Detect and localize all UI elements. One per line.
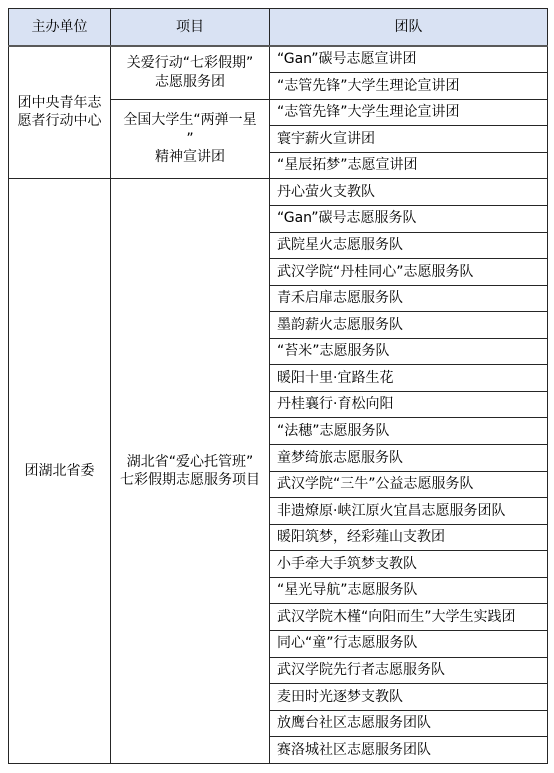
header-team: 团队 [270, 9, 548, 46]
team-cell: 小手牵大手筑梦支教队 [270, 551, 548, 578]
team-cell: 童梦绮旅志愿服务队 [270, 445, 548, 472]
team-cell: 丹桂襄行·育松向阳 [270, 391, 548, 418]
project-cell-liangdan-yixing: 全国大学生“两弹一星 ” 精神宣讲团 [111, 99, 270, 179]
team-cell: “星辰拓梦”志愿宣讲团 [270, 152, 548, 179]
team-cell: 寰宇薪火宣讲团 [270, 126, 548, 153]
team-cell: “Gan”碳号志愿宣讲团 [270, 46, 548, 73]
table-row: 团湖北省委 湖北省“爱心托管班” 七彩假期志愿服务项目 丹心萤火支教队 [9, 179, 548, 206]
organizer-project-team-table: 主办单位 项目 团队 团中央青年志 愿者行动中心 关爱行动“七彩假期” 志愿服务… [8, 8, 548, 764]
project-cell-aixin-tuoguan: 湖北省“爱心托管班” 七彩假期志愿服务项目 [111, 179, 270, 764]
team-cell: 武院星火志愿服务队 [270, 232, 548, 259]
table-row: 团中央青年志 愿者行动中心 关爱行动“七彩假期” 志愿服务团 “Gan”碳号志愿… [9, 46, 548, 73]
header-organizer: 主办单位 [9, 9, 111, 46]
team-cell: 麦田时光逐梦支教队 [270, 684, 548, 711]
team-cell: 暖阳筑梦，经彩薤山支教团 [270, 524, 548, 551]
team-cell: 武汉学院木槿“向阳而生”大学生实践团 [270, 604, 548, 631]
team-cell: 武汉学院“丹桂同心”志愿服务队 [270, 259, 548, 286]
team-cell: “Gan”碳号志愿服务队 [270, 205, 548, 232]
team-cell: 非遗燎原·峡江原火宜昌志愿服务团队 [270, 498, 548, 525]
team-cell: “法穗”志愿服务队 [270, 418, 548, 445]
team-cell: 赛洛城社区志愿服务团队 [270, 737, 548, 764]
team-cell: “志管先锋”大学生理论宣讲团 [270, 99, 548, 126]
team-cell: 暖阳十里·宜路生花 [270, 365, 548, 392]
team-cell: 武汉学院“三牛”公益志愿服务队 [270, 471, 548, 498]
organizer-cell-central: 团中央青年志 愿者行动中心 [9, 46, 111, 179]
team-cell: 青禾启扉志愿服务队 [270, 285, 548, 312]
team-cell: 同心“童”行志愿服务队 [270, 630, 548, 657]
team-cell: “星光导航”志愿服务队 [270, 577, 548, 604]
organizer-cell-hubei: 团湖北省委 [9, 179, 111, 764]
team-cell: 放鹰台社区志愿服务团队 [270, 710, 548, 737]
team-cell: 武汉学院先行者志愿服务队 [270, 657, 548, 684]
document-page: 主办单位 项目 团队 团中央青年志 愿者行动中心 关爱行动“七彩假期” 志愿服务… [0, 0, 554, 773]
project-cell-qicai-jiaqi: 关爱行动“七彩假期” 志愿服务团 [111, 46, 270, 100]
team-cell: 丹心萤火支教队 [270, 179, 548, 206]
header-project: 项目 [111, 9, 270, 46]
header-row: 主办单位 项目 团队 [9, 9, 548, 46]
team-cell: “志管先锋”大学生理论宣讲团 [270, 73, 548, 100]
team-cell: 墨韵薪火志愿服务队 [270, 312, 548, 339]
team-cell: “苔米”志愿服务队 [270, 338, 548, 365]
